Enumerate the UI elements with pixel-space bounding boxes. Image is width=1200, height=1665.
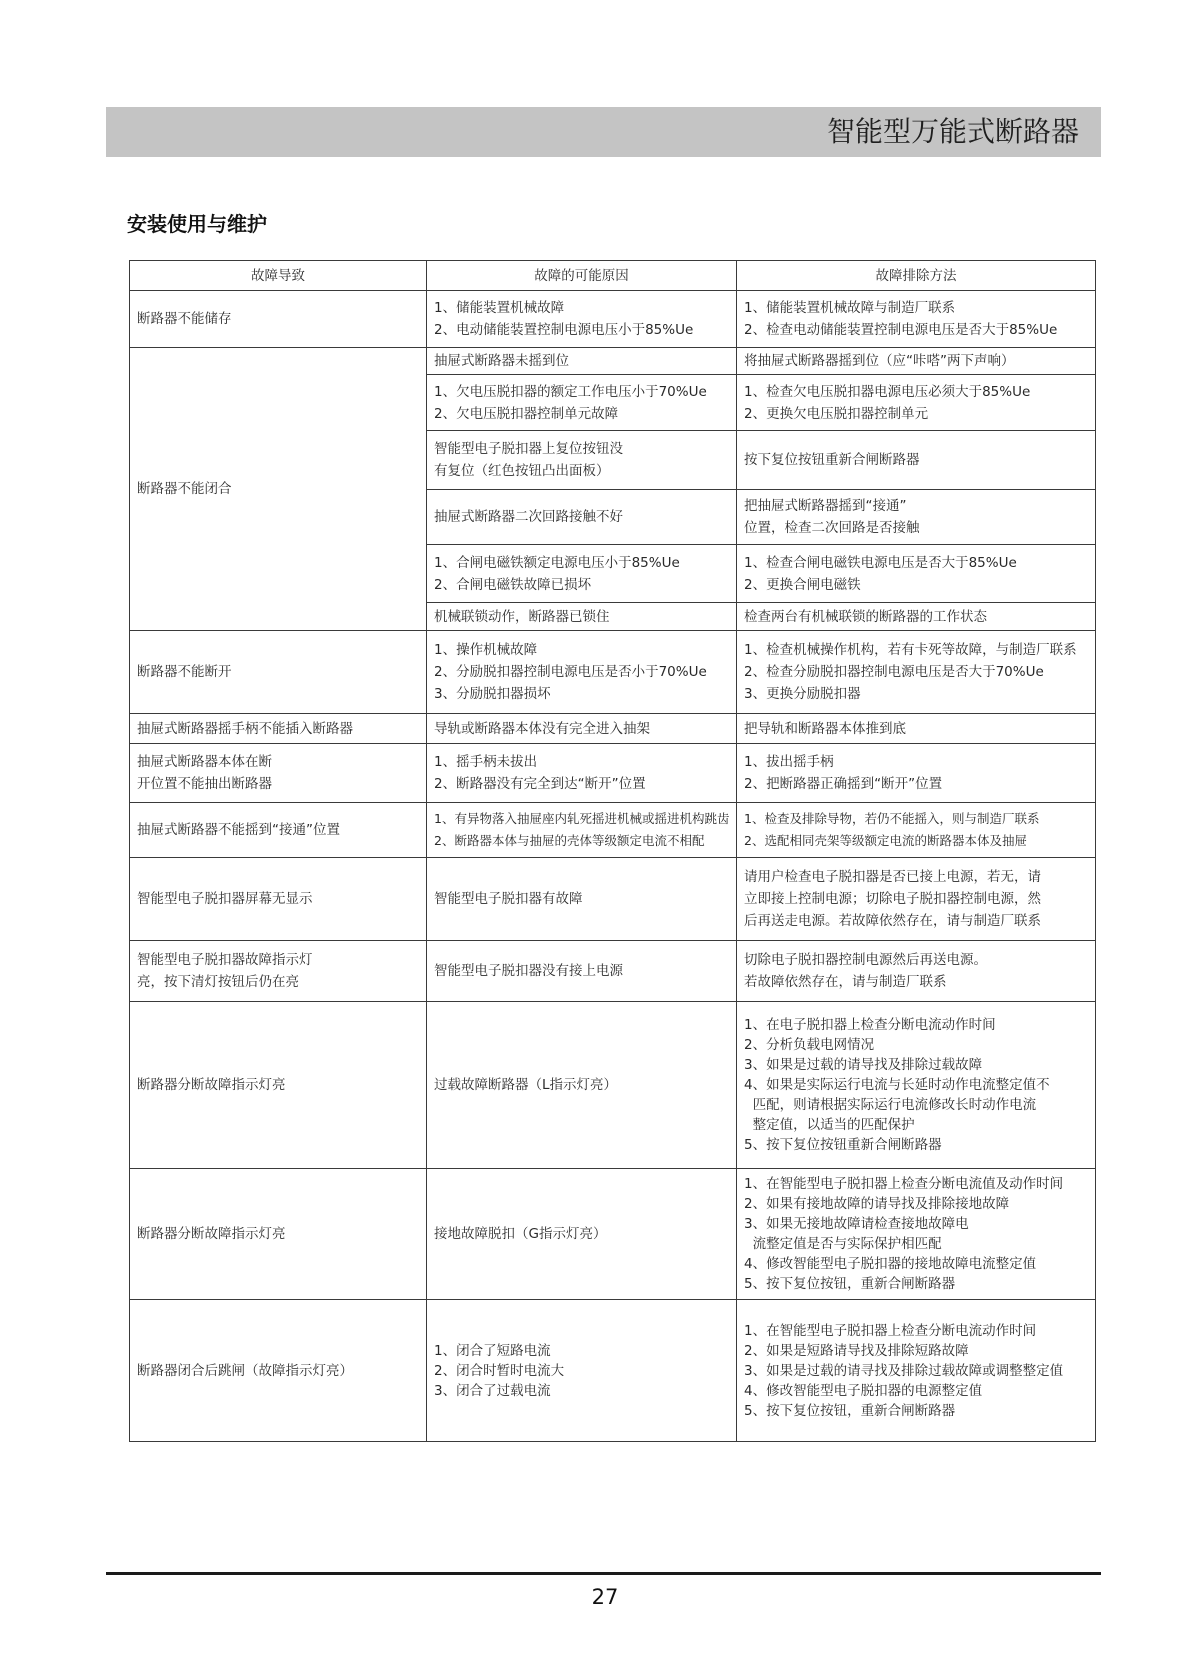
remedy-cell: 1、在智能型电子脱扣器上检查分断电流值及动作时间2、如果有接地故障的请导找及排除… xyxy=(736,1168,1096,1300)
cell-line: 智能型电子脱扣器故障指示灯 xyxy=(137,949,419,971)
column-header: 故障的可能原因 xyxy=(426,260,737,291)
remedy-cell: 1、在智能型电子脱扣器上检查分断电流动作时间2、如果是短路请导找及排除短路故障3… xyxy=(736,1299,1096,1442)
cell-line: 若故障依然存在，请与制造厂联系 xyxy=(744,971,1088,993)
cell-line: 1、有异物落入抽屉座内轧死摇进机械或摇进机构跳齿 xyxy=(434,808,729,830)
fault-cell: 智能型电子脱扣器屏幕无显示 xyxy=(129,857,427,941)
remedy-cell: 1、检查欠电压脱扣器电源电压必须大于85%Ue2、更换欠电压脱扣器控制单元 xyxy=(736,374,1096,431)
remedy-cell: 1、检查机械操作机构，若有卡死等故障，与制造厂联系2、检查分励脱扣器控制电源电压… xyxy=(736,630,1096,714)
cell-line: 匹配，则请根据实际运行电流修改长时动作电流 xyxy=(744,1095,1088,1115)
cell-line: 2、合闸电磁铁故障已损坏 xyxy=(434,574,729,596)
remedy-cell: 把抽屉式断路器摇到“接通”位置，检查二次回路是否接触 xyxy=(736,489,1096,545)
cell-line: 2、更换欠电压脱扣器控制单元 xyxy=(744,403,1088,425)
fault-cell: 智能型电子脱扣器故障指示灯亮，按下清灯按钮后仍在亮 xyxy=(129,940,427,1002)
cause-cell: 智能型电子脱扣器没有接上电源 xyxy=(426,940,737,1002)
cell-line: 2、检查电动储能装置控制电源电压是否大于85%Ue xyxy=(744,319,1088,341)
cell-line: 位置，检查二次回路是否接触 xyxy=(744,517,1088,539)
cell-line: 断路器分断故障指示灯亮 xyxy=(137,1223,419,1245)
cell-line: 抽屉式断路器本体在断 xyxy=(137,751,419,773)
cell-line: 过载故障断路器（L指示灯亮） xyxy=(434,1075,729,1095)
cause-cell: 接地故障脱扣（G指示灯亮） xyxy=(426,1168,737,1300)
fault-cell: 断路器不能储存 xyxy=(129,290,427,348)
cell-line: 导轨或断路器本体没有完全进入抽架 xyxy=(434,718,729,740)
cell-line: 1、检查机械操作机构，若有卡死等故障，与制造厂联系 xyxy=(744,639,1088,661)
cell-line: 2、检查分励脱扣器控制电源电压是否大于70%Ue xyxy=(744,661,1088,683)
cell-line: 2、如果是短路请导找及排除短路故障 xyxy=(744,1341,1088,1361)
cause-cell: 智能型电子脱扣器上复位按钮没有复位（红色按钮凸出面板） xyxy=(426,430,737,490)
fault-cell: 断路器分断故障指示灯亮 xyxy=(129,1001,427,1169)
cell-line: 后再送走电源。若故障依然存在，请与制造厂联系 xyxy=(744,910,1088,932)
cell-line: 智能型电子脱扣器没有接上电源 xyxy=(434,960,729,982)
cause-cell: 1、合闸电磁铁额定电源电压小于85%Ue2、合闸电磁铁故障已损坏 xyxy=(426,544,737,603)
cause-cell: 抽屉式断路器二次回路接触不好 xyxy=(426,489,737,545)
column-header-label: 故障排除方法 xyxy=(876,265,957,287)
cause-cell: 过载故障断路器（L指示灯亮） xyxy=(426,1001,737,1169)
fault-cell: 断路器不能断开 xyxy=(129,630,427,714)
cell-line: 将抽屉式断路器摇到位（应“咔嗒”两下声响） xyxy=(744,350,1088,372)
cause-cell: 1、闭合了短路电流2、闭合时暂时电流大3、闭合了过载电流 xyxy=(426,1299,737,1442)
cause-cell: 1、摇手柄未拔出2、断路器没有完全到达“断开”位置 xyxy=(426,743,737,803)
cell-line: 抽屉式断路器不能摇到“接通”位置 xyxy=(137,819,419,841)
document-title: 智能型万能式断路器 xyxy=(827,115,1079,149)
remedy-cell: 1、在电子脱扣器上检查分断电流动作时间2、分析负载电网情况3、如果是过载的请导找… xyxy=(736,1001,1096,1169)
cell-line: 有复位（红色按钮凸出面板） xyxy=(434,460,729,482)
cell-line: 3、如果无接地故障请检查接地故障电 xyxy=(744,1214,1088,1234)
cell-line: 4、修改智能型电子脱扣器的电源整定值 xyxy=(744,1381,1088,1401)
cell-line: 亮，按下清灯按钮后仍在亮 xyxy=(137,971,419,993)
column-header-label: 故障的可能原因 xyxy=(534,265,629,287)
cell-line: 2、选配相同壳架等级额定电流的断路器本体及抽屉 xyxy=(744,830,1088,852)
cell-line: 智能型电子脱扣器上复位按钮没 xyxy=(434,438,729,460)
cell-line: 流整定值是否与实际保护相匹配 xyxy=(744,1234,1088,1254)
remedy-cell: 按下复位按钮重新合闸断路器 xyxy=(736,430,1096,490)
header-band: 智能型万能式断路器 xyxy=(106,107,1101,157)
cell-line: 1、检查欠电压脱扣器电源电压必须大于85%Ue xyxy=(744,381,1088,403)
cell-line: 2、欠电压脱扣器控制单元故障 xyxy=(434,403,729,425)
cell-line: 开位置不能抽出断路器 xyxy=(137,773,419,795)
cell-line: 2、如果有接地故障的请导找及排除接地故障 xyxy=(744,1194,1088,1214)
cell-line: 2、电动储能装置控制电源电压小于85%Ue xyxy=(434,319,729,341)
cell-line: 断路器不能储存 xyxy=(137,308,419,330)
fault-cell: 抽屉式断路器摇手柄不能插入断路器 xyxy=(129,713,427,744)
cell-line: 断路器闭合后跳闸（故障指示灯亮） xyxy=(137,1360,419,1382)
cell-line: 2、断路器没有完全到达“断开”位置 xyxy=(434,773,729,795)
cause-cell: 导轨或断路器本体没有完全进入抽架 xyxy=(426,713,737,744)
cell-line: 断路器不能闭合 xyxy=(137,478,419,500)
cause-cell: 机械联锁动作，断路器已锁住 xyxy=(426,602,737,631)
cause-cell: 1、有异物落入抽屉座内轧死摇进机械或摇进机构跳齿2、断路器本体与抽屉的壳体等级额… xyxy=(426,802,737,858)
cell-line: 2、断路器本体与抽屉的壳体等级额定电流不相配 xyxy=(434,830,729,852)
cell-line: 3、分励脱扣器损坏 xyxy=(434,683,729,705)
cause-cell: 1、欠电压脱扣器的额定工作电压小于70%Ue2、欠电压脱扣器控制单元故障 xyxy=(426,374,737,431)
cell-line: 断路器分断故障指示灯亮 xyxy=(137,1074,419,1096)
cell-line: 抽屉式断路器摇手柄不能插入断路器 xyxy=(137,718,419,740)
cell-line: 1、闭合了短路电流 xyxy=(434,1341,729,1361)
cell-line: 按下复位按钮重新合闸断路器 xyxy=(744,449,1088,471)
column-header: 故障排除方法 xyxy=(736,260,1096,291)
cell-line: 立即接上控制电源；切除电子脱扣器控制电源，然 xyxy=(744,888,1088,910)
cause-cell: 1、储能装置机械故障2、电动储能装置控制电源电压小于85%Ue xyxy=(426,290,737,348)
fault-cell: 抽屉式断路器本体在断开位置不能抽出断路器 xyxy=(129,743,427,803)
cell-line: 切除电子脱扣器控制电源然后再送电源。 xyxy=(744,949,1088,971)
remedy-cell: 把导轨和断路器本体推到底 xyxy=(736,713,1096,744)
cell-line: 3、如果是过载的请寻找及排除过载故障或调整整定值 xyxy=(744,1361,1088,1381)
cell-line: 1、储能装置机械故障 xyxy=(434,297,729,319)
remedy-cell: 1、拔出摇手柄2、把断路器正确摇到“断开”位置 xyxy=(736,743,1096,803)
cell-line: 3、如果是过载的请导找及排除过载故障 xyxy=(744,1055,1088,1075)
cell-line: 1、储能装置机械故障与制造厂联系 xyxy=(744,297,1088,319)
cell-line: 5、按下复位按钮，重新合闸断路器 xyxy=(744,1401,1088,1421)
cell-line: 2、分析负载电网情况 xyxy=(744,1035,1088,1055)
fault-cell: 断路器闭合后跳闸（故障指示灯亮） xyxy=(129,1299,427,1442)
cell-line: 1、在电子脱扣器上检查分断电流动作时间 xyxy=(744,1015,1088,1035)
fault-cell: 断路器不能闭合 xyxy=(129,347,427,631)
cause-cell: 智能型电子脱扣器有故障 xyxy=(426,857,737,941)
fault-cell: 断路器分断故障指示灯亮 xyxy=(129,1168,427,1300)
page-number: 27 xyxy=(0,1583,1200,1611)
cell-line: 3、更换分励脱扣器 xyxy=(744,683,1088,705)
column-header-label: 故障导致 xyxy=(251,265,305,287)
cell-line: 4、如果是实际运行电流与长延时动作电流整定值不 xyxy=(744,1075,1088,1095)
cell-line: 1、摇手柄未拔出 xyxy=(434,751,729,773)
cell-line: 3、闭合了过载电流 xyxy=(434,1381,729,1401)
remedy-cell: 1、检查合闸电磁铁电源电压是否大于85%Ue2、更换合闸电磁铁 xyxy=(736,544,1096,603)
cell-line: 抽屉式断路器未摇到位 xyxy=(434,350,729,372)
cell-line: 智能型电子脱扣器屏幕无显示 xyxy=(137,888,419,910)
cell-line: 检查两台有机械联锁的断路器的工作状态 xyxy=(744,606,1088,628)
footer-divider xyxy=(106,1572,1101,1575)
cause-cell: 抽屉式断路器未摇到位 xyxy=(426,347,737,375)
cause-cell: 1、操作机械故障2、分励脱扣器控制电源电压是否小于70%Ue3、分励脱扣器损坏 xyxy=(426,630,737,714)
cell-line: 整定值，以适当的匹配保护 xyxy=(744,1115,1088,1135)
cell-line: 2、更换合闸电磁铁 xyxy=(744,574,1088,596)
remedy-cell: 1、检查及排除导物，若仍不能摇入，则与制造厂联系2、选配相同壳架等级额定电流的断… xyxy=(736,802,1096,858)
cell-line: 把抽屉式断路器摇到“接通” xyxy=(744,495,1088,517)
cell-line: 5、按下复位按钮重新合闸断路器 xyxy=(744,1135,1088,1155)
remedy-cell: 1、储能装置机械故障与制造厂联系2、检查电动储能装置控制电源电压是否大于85%U… xyxy=(736,290,1096,348)
cell-line: 1、在智能型电子脱扣器上检查分断电流动作时间 xyxy=(744,1321,1088,1341)
cell-line: 智能型电子脱扣器有故障 xyxy=(434,888,729,910)
cell-line: 把导轨和断路器本体推到底 xyxy=(744,718,1088,740)
fault-cell: 抽屉式断路器不能摇到“接通”位置 xyxy=(129,802,427,858)
cell-line: 机械联锁动作，断路器已锁住 xyxy=(434,606,729,628)
cell-line: 2、闭合时暂时电流大 xyxy=(434,1361,729,1381)
cell-line: 1、拔出摇手柄 xyxy=(744,751,1088,773)
cell-line: 1、欠电压脱扣器的额定工作电压小于70%Ue xyxy=(434,381,729,403)
cell-line: 2、把断路器正确摇到“断开”位置 xyxy=(744,773,1088,795)
cell-line: 1、检查合闸电磁铁电源电压是否大于85%Ue xyxy=(744,552,1088,574)
cell-line: 2、分励脱扣器控制电源电压是否小于70%Ue xyxy=(434,661,729,683)
troubleshooting-table: 故障导致故障的可能原因故障排除方法断路器不能储存1、储能装置机械故障2、电动储能… xyxy=(129,260,1095,1441)
remedy-cell: 切除电子脱扣器控制电源然后再送电源。若故障依然存在，请与制造厂联系 xyxy=(736,940,1096,1002)
cell-line: 5、按下复位按钮，重新合闸断路器 xyxy=(744,1274,1088,1294)
cell-line: 1、在智能型电子脱扣器上检查分断电流值及动作时间 xyxy=(744,1174,1088,1194)
cell-line: 4、修改智能型电子脱扣器的接地故障电流整定值 xyxy=(744,1254,1088,1274)
section-heading: 安装使用与维护 xyxy=(127,210,267,238)
remedy-cell: 将抽屉式断路器摇到位（应“咔嗒”两下声响） xyxy=(736,347,1096,375)
remedy-cell: 检查两台有机械联锁的断路器的工作状态 xyxy=(736,602,1096,631)
cell-line: 接地故障脱扣（G指示灯亮） xyxy=(434,1224,729,1244)
cell-line: 抽屉式断路器二次回路接触不好 xyxy=(434,506,729,528)
cell-line: 1、检查及排除导物，若仍不能摇入，则与制造厂联系 xyxy=(744,808,1088,830)
cell-line: 断路器不能断开 xyxy=(137,661,419,683)
cell-line: 1、合闸电磁铁额定电源电压小于85%Ue xyxy=(434,552,729,574)
cell-line: 请用户检查电子脱扣器是否已接上电源，若无，请 xyxy=(744,866,1088,888)
column-header: 故障导致 xyxy=(129,260,427,291)
remedy-cell: 请用户检查电子脱扣器是否已接上电源，若无，请立即接上控制电源；切除电子脱扣器控制… xyxy=(736,857,1096,941)
cell-line: 1、操作机械故障 xyxy=(434,639,729,661)
